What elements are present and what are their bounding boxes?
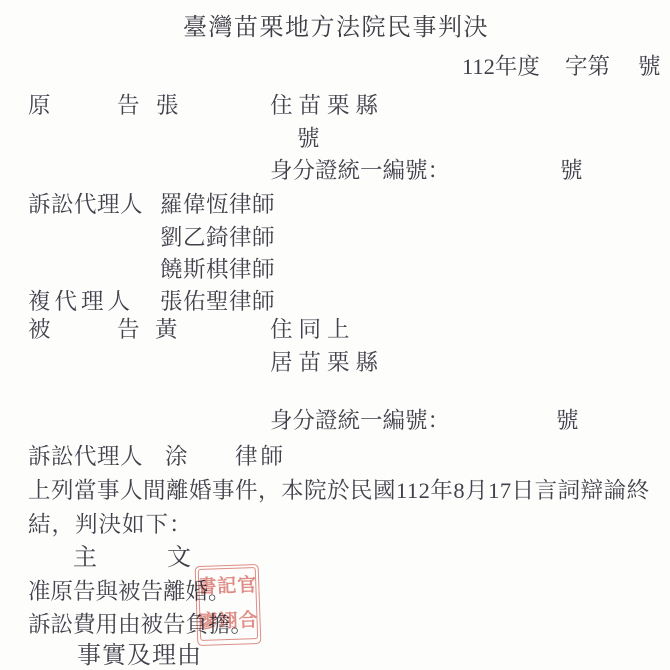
plaintiff-address-line2: 號 <box>297 125 320 153</box>
plaintiff-id-suffix: 號 <box>560 157 583 185</box>
court-title: 臺灣苗栗地方法院民事判決 <box>183 14 489 42</box>
defendant-residence: 居苗栗縣 <box>270 349 384 377</box>
defendant-id-label: 身分證統一編號： <box>270 407 450 435</box>
plaintiff-id-label: 身分證統一編號： <box>270 157 450 185</box>
defendant-role-second: 告 <box>117 316 140 344</box>
sub-counsel-lawyer: 張佑聖律師 <box>160 288 275 316</box>
judgment-document: 臺灣苗栗地方法院民事判決 112年度 字第 號 原 告 張 住苗栗縣 號 身分證… <box>0 0 670 670</box>
main-text-header-second: 文 <box>167 544 191 572</box>
facts-header: 事實及理由 <box>77 642 202 670</box>
intro-line1: 上列當事人間離婚事件，本院於民國112年8月17日言詞辯論終 <box>28 477 650 505</box>
defendant-counsel-suffix: 律師 <box>235 443 286 471</box>
sub-counsel-label: 複代理人 <box>28 288 134 316</box>
clerk-seal: 書記官 廖翊合 <box>195 564 262 646</box>
main-text-header-first: 主 <box>73 544 97 572</box>
plaintiff-counsel-lawyer2: 劉乙錡律師 <box>160 224 275 252</box>
clerk-seal-name: 廖翊合 <box>198 611 259 632</box>
plaintiff-role-first: 原 <box>28 92 51 120</box>
clerk-seal-inner: 書記官 廖翊合 <box>198 567 258 641</box>
defendant-surname: 黃 <box>155 316 178 344</box>
defendant-address: 住同上 <box>270 316 356 344</box>
defendant-counsel-label: 訴訟代理人 <box>28 443 143 471</box>
plaintiff-counsel-lawyer1: 羅偉恆律師 <box>160 191 275 219</box>
clerk-seal-title: 書記官 <box>197 576 258 597</box>
defendant-counsel-surname: 涂 <box>165 443 188 471</box>
case-number-suffix: 號 <box>638 53 661 81</box>
case-year: 112年度 <box>462 53 540 81</box>
plaintiff-role-second: 告 <box>117 92 140 120</box>
intro-line2: 結，判決如下： <box>28 511 193 539</box>
plaintiff-address: 住苗栗縣 <box>270 92 384 120</box>
defendant-id-suffix: 號 <box>556 407 579 435</box>
plaintiff-surname: 張 <box>156 92 179 120</box>
plaintiff-counsel-lawyer3: 饒斯棋律師 <box>160 256 275 284</box>
plaintiff-counsel-label: 訴訟代理人 <box>28 191 143 219</box>
defendant-role-first: 被 <box>28 316 51 344</box>
case-word: 字第 <box>565 53 610 81</box>
